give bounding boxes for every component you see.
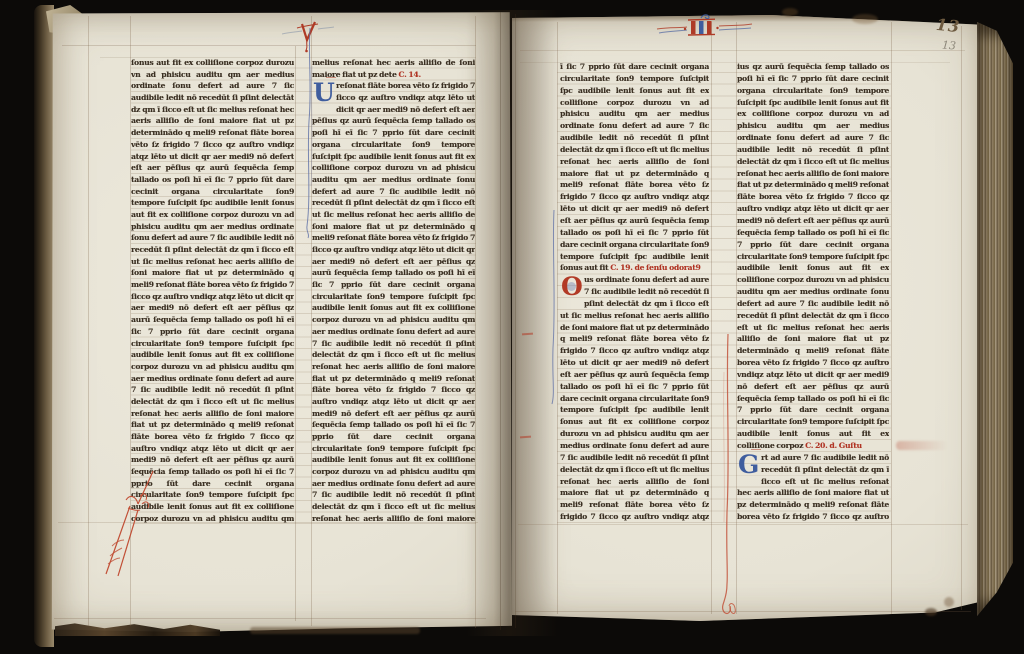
blue-penwork-flourish — [298, 26, 324, 241]
folio-number-ink: 13 — [935, 15, 961, 36]
ruling-horizontal — [62, 45, 476, 46]
stain — [782, 8, 798, 16]
ruling-horizontal — [520, 50, 965, 51]
ruling-vertical — [295, 46, 296, 621]
stain — [944, 597, 954, 607]
fore-edge-page-stack — [977, 22, 1013, 616]
rubric-chapter14: C. 14. — [397, 70, 421, 79]
manuscript-text-column-left-b: melius reſonat hec aeris alliſio de ſoni… — [312, 57, 475, 524]
ruling-vertical — [891, 22, 892, 614]
gutter-crease — [515, 14, 516, 628]
ruling-vertical — [711, 22, 712, 614]
folio-number-pencil: 13 — [942, 39, 957, 53]
book-spine-edge — [34, 5, 54, 647]
illuminated-initial-O: O — [561, 275, 581, 298]
text-segment: Grt ad aure 7 ſic audibile ledit nō rece… — [737, 452, 889, 523]
stain — [250, 627, 420, 634]
manuscript-text-column-right-a: ī ſic 7 pprio ſūt dare cecinit organa ci… — [560, 61, 709, 523]
stain — [348, 338, 353, 342]
text-segment: ius qz aurū ſequēcia ſemp tallado os poſ… — [737, 61, 889, 452]
rubric-chapter20: C. 20. d. Guſtu — [805, 441, 862, 450]
text-segment: Ureſonat flāte borea vēto ſz frigido 7 ſ… — [312, 80, 475, 524]
stain — [852, 14, 878, 24]
ruling-vertical — [475, 16, 476, 628]
faded-red-marginal-note — [896, 441, 948, 450]
manicule-drawing — [96, 448, 160, 578]
right-page-book-number-heading — [655, 13, 755, 49]
ruling-horizontal — [54, 618, 486, 619]
text-segment: Ous ordinate ſonu defert ad aure 7 ſic a… — [560, 274, 709, 523]
gutter-crease — [500, 12, 501, 630]
rubric-chapter19: C. 19. de ſenſu odorat9 — [610, 263, 700, 272]
ruling-vertical — [961, 26, 962, 610]
stain — [925, 608, 937, 616]
manuscript-text-column-right-b: ius qz aurū ſequēcia ſemp tallado os poſ… — [737, 61, 889, 523]
blue-initial-tail-flourish — [546, 208, 562, 408]
red-initial-tail-flourish — [716, 332, 746, 622]
gutter-shadow — [466, 10, 558, 636]
text-segment: ī ſic 7 pprio ſūt dare cecinit organa ci… — [560, 61, 709, 274]
ruling-vertical — [88, 16, 89, 626]
manuscript-photograph: 13 13 ſonus aut fit ex colliſione corpoz… — [0, 0, 1024, 654]
text-segment: melius reſonat hec aeris alliſio de ſoni… — [312, 57, 475, 80]
